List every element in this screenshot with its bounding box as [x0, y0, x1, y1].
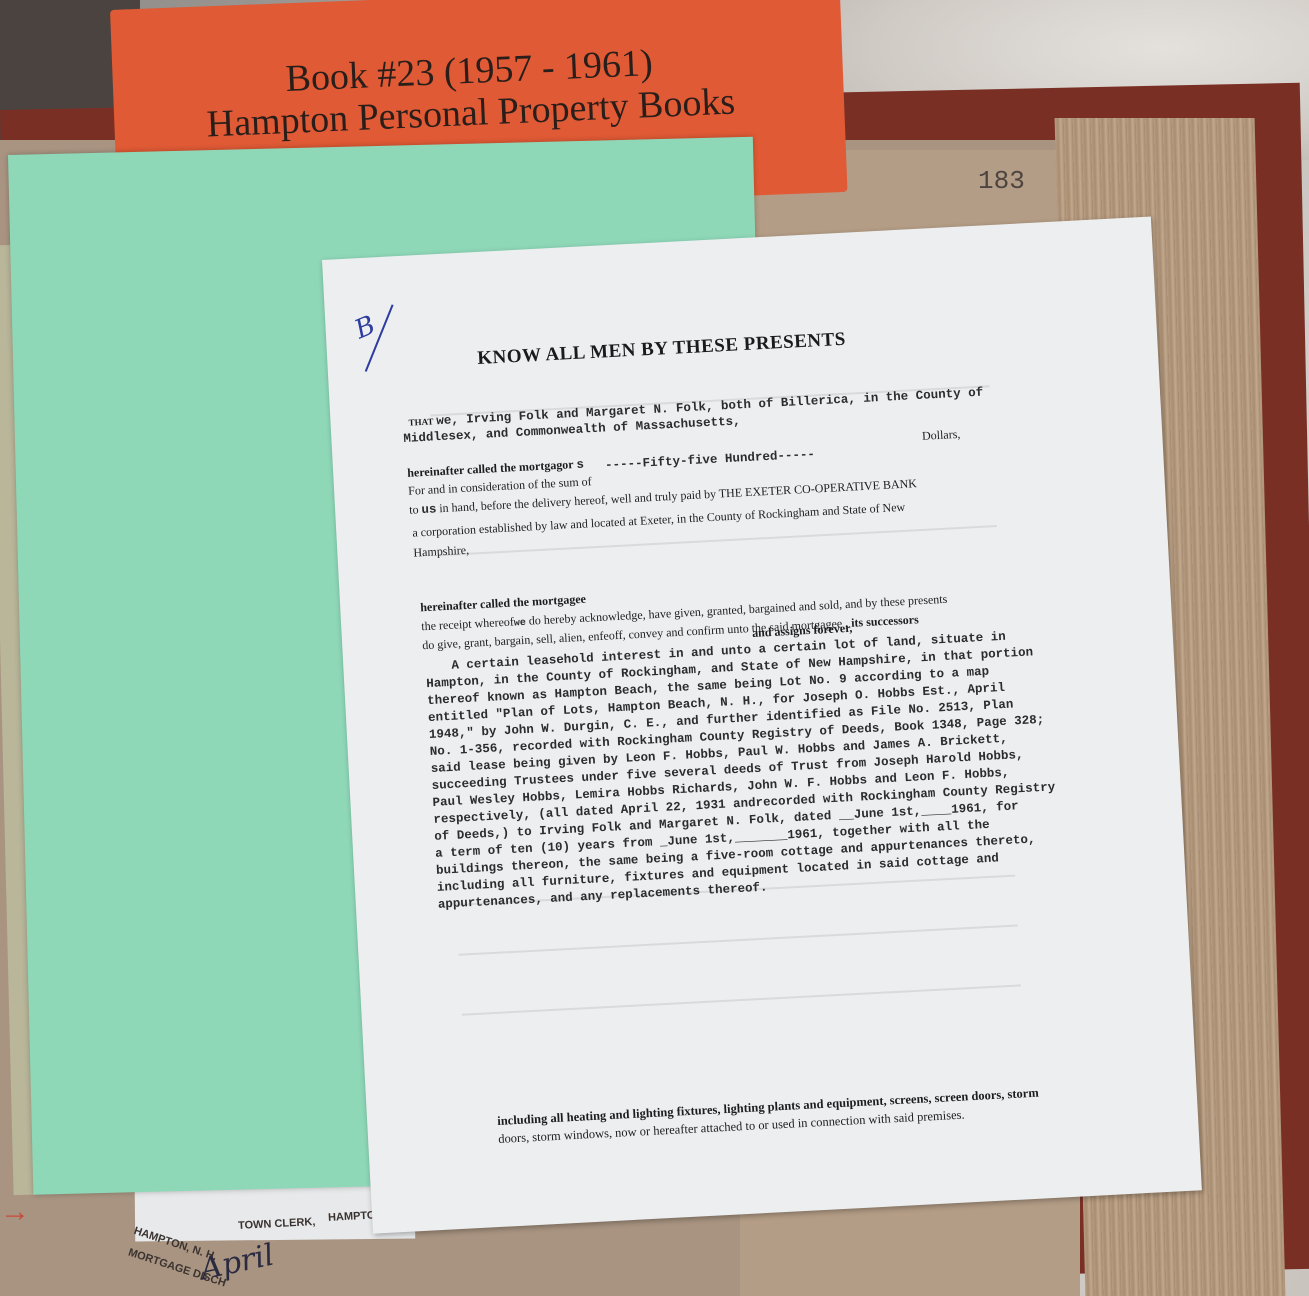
- red-arrow-mark: →: [0, 1195, 30, 1229]
- to-label: to: [409, 502, 419, 516]
- hampshire-text: Hampshire,: [413, 543, 469, 561]
- mortgagor-suffix: s: [576, 458, 584, 472]
- mortgage-document: B KNOW ALL MEN BY THESE PRESENTS THAT we…: [322, 217, 1202, 1234]
- successors-text: , its successors: [845, 612, 919, 630]
- to-value: us: [421, 502, 437, 517]
- receipt-we: we: [514, 618, 527, 630]
- that-label: THAT: [408, 416, 433, 427]
- handwritten-initial: B: [351, 310, 380, 345]
- document-title: KNOW ALL MEN BY THESE PRESENTS: [477, 329, 847, 370]
- amount-value: -----Fifty-five Hundred-----: [605, 447, 815, 472]
- page-number: 183: [978, 166, 1025, 196]
- receipt-label: the receipt whereof: [421, 614, 514, 633]
- in-hand-label: in hand,: [439, 499, 478, 515]
- dollars-label: Dollars,: [922, 427, 961, 444]
